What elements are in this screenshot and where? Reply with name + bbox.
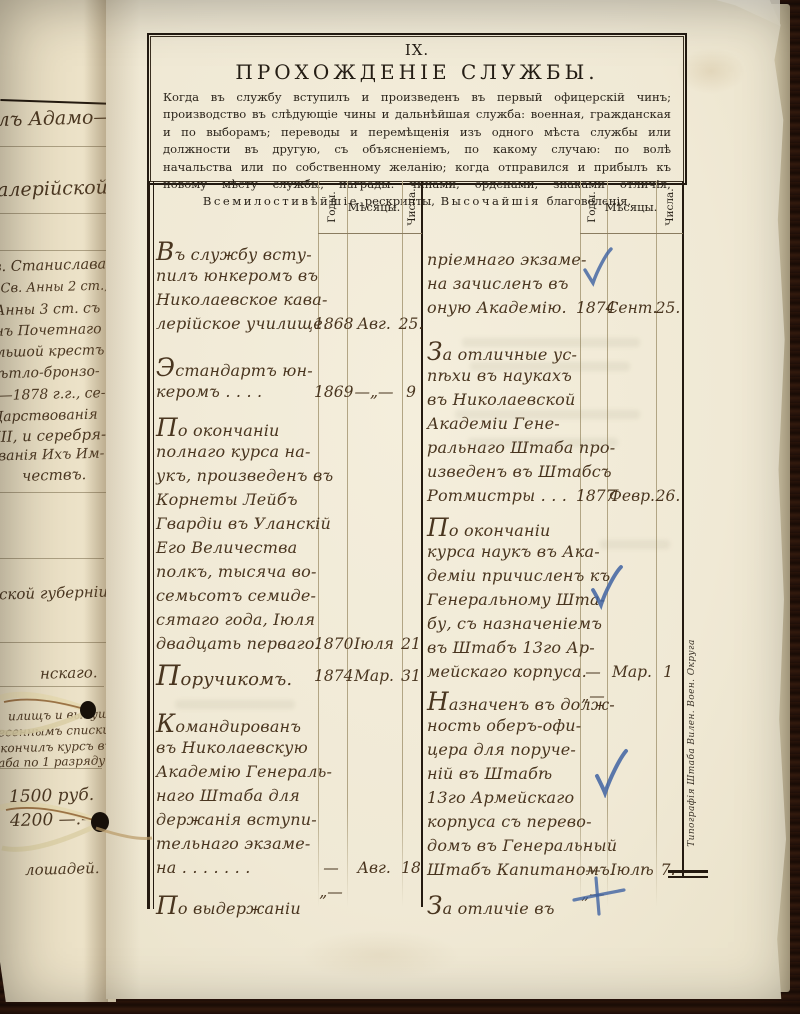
entry-year: 1874 xyxy=(314,664,348,688)
blue-checkmark xyxy=(592,748,630,798)
entry-line: Назначенъ въ долж- xyxy=(427,690,583,714)
entry-line: укъ, произведенъ въ xyxy=(156,464,320,488)
entry-day: 25. xyxy=(398,312,424,336)
entry-year: 1877 xyxy=(576,484,610,508)
entry-line: Академію Генераль- xyxy=(156,760,320,784)
entry-text: По выдержаніи xyxy=(156,894,320,918)
entry-line: ральнаго Штаба про- xyxy=(427,436,583,460)
entry-line: двадцать перваго. xyxy=(156,632,320,656)
ink-bleedthrough xyxy=(600,540,670,549)
blue-cross-mark xyxy=(570,874,628,918)
section-header-box: IX. ПРОХОЖДЕНІЕ СЛУЖБЫ. Когда въ службу … xyxy=(147,33,687,185)
entry-line: Генеральному Шта- xyxy=(427,588,583,612)
page-title: ПРОХОЖДЕНІЕ СЛУЖБЫ. xyxy=(163,60,671,84)
entry-line: сятаго года, Іюля xyxy=(156,608,320,632)
entry-text: За отличные ус- пѣхи въ наукахъ въ Никол… xyxy=(427,340,583,508)
entry-line: держанія вступи- xyxy=(156,808,320,832)
entry-line: домъ въ Генеральный xyxy=(427,834,583,858)
entry-line: тельнаго экзаме- xyxy=(156,832,320,856)
entry-line: Его Величества xyxy=(156,536,320,560)
entry-day: 9 xyxy=(398,380,424,404)
entry-line: мейскаго корпуса. xyxy=(427,660,583,684)
table-right-frame xyxy=(682,181,684,878)
entry-line: Гвардіи въ Уланскій xyxy=(156,512,320,536)
binding-thread xyxy=(0,640,170,900)
ink-bleedthrough xyxy=(175,700,295,709)
entry-day: 1 xyxy=(652,660,684,684)
entry-month: Мар. xyxy=(606,660,658,684)
archival-book-photo: авелъ Адамо— валерійской Св. Станислава … xyxy=(0,0,800,1014)
entry-line: За отличные ус- xyxy=(427,340,583,364)
entry-year: 1869 xyxy=(314,380,348,404)
entry-line: По выдержаніи xyxy=(156,894,320,918)
entry-text: По окончаніи полнаго курса на- укъ, прои… xyxy=(156,416,320,656)
entry-line: керомъ . . . . xyxy=(156,380,320,404)
table-mid-divider xyxy=(421,181,423,907)
entry-day: 26. xyxy=(652,484,684,508)
entry-month: Мар. xyxy=(348,664,400,688)
col-header-years-left: Годы. xyxy=(325,179,339,235)
entry-month: Авг. xyxy=(348,312,400,336)
entry-line: на зачисленъ въ xyxy=(427,272,583,296)
entry-text: Командированъ въ Николаевскую Академію Г… xyxy=(156,712,320,880)
entry-day: 21 xyxy=(398,632,424,656)
entry-text: За отличіе въ xyxy=(427,894,583,918)
description-text: Когда въ службу вступилъ и произведенъ в… xyxy=(163,90,671,191)
entry-line: Штабъ Капитаномъ. xyxy=(427,858,583,882)
entry-text: По окончаніи курса наукъ въ Ака- деміи п… xyxy=(427,516,583,684)
entry-line: корпуса съ перево- xyxy=(427,810,583,834)
col-header-days-right: Числа. xyxy=(663,179,677,235)
entry-line: По окончаніи xyxy=(156,416,320,440)
entry-line: въ Николаевской xyxy=(427,388,583,412)
entry-line: ній въ Штабѣ xyxy=(427,762,583,786)
col-header-months-left: Мѣсяцы. xyxy=(346,200,402,214)
entry-year: —„— xyxy=(576,660,610,684)
entry-day: 7. xyxy=(652,858,684,882)
entry-line: Въ службу всту- xyxy=(156,240,320,264)
entry-year: 1870 xyxy=(314,632,348,656)
entry-text: Поручикомъ. xyxy=(156,664,320,688)
printer-imprint: Типографія Штаба Вилен. Воен. Округа xyxy=(685,585,699,901)
entry-year: 1874 xyxy=(576,296,610,320)
entry-line: бу, съ назначеніемъ xyxy=(427,612,583,636)
entry-line: деміи причисленъ къ xyxy=(427,564,583,588)
entry-text: Эстандартъ юн- керомъ . . . . xyxy=(156,356,320,404)
col-header-months-right: Мѣсяцы. xyxy=(603,200,659,214)
section-number: IX. xyxy=(163,41,671,59)
entry-line: ность оберъ-офи- xyxy=(427,714,583,738)
entry-line: изведенъ въ Штабсъ xyxy=(427,460,583,484)
entry-line: курса наукъ въ Ака- xyxy=(427,540,583,564)
section-header-inner: IX. ПРОХОЖДЕНІЕ СЛУЖБЫ. Когда въ службу … xyxy=(150,36,684,182)
entry-line: 13го Армейскаго xyxy=(427,786,583,810)
entry-line: По окончаніи xyxy=(427,516,583,540)
entry-line: въ Николаевскую xyxy=(156,736,320,760)
entry-line: пилъ юнкеромъ въ xyxy=(156,264,320,288)
entry-line: Корнеты Лейбъ xyxy=(156,488,320,512)
entry-line: на . . . . . . . xyxy=(156,856,320,880)
entry-month: Авг. xyxy=(348,856,400,880)
entry-day: 18 xyxy=(398,856,424,880)
entry-text: Назначенъ въ долж- ность оберъ-офи- цера… xyxy=(427,690,583,882)
entry-text: пріемнаго экзаме- на зачисленъ въ оную А… xyxy=(427,248,583,320)
col-header-days-left: Числа. xyxy=(405,179,419,235)
entry-month: —„— xyxy=(348,380,400,404)
entry-line: пріемнаго экзаме- xyxy=(427,248,583,272)
prev-page-text: чествъ. xyxy=(21,465,86,485)
entry-line: Ротмистры . . . xyxy=(427,484,583,508)
entry-line: Николаевское кава- xyxy=(156,288,320,312)
entry-line: полкъ, тысяча во- xyxy=(156,560,320,584)
entry-day: 25. xyxy=(652,296,684,320)
entry-text: Въ службу всту- пилъ юнкеромъ въ Николае… xyxy=(156,240,320,336)
entry-month: Февр. xyxy=(606,484,658,508)
entry-line: въ Штабъ 13го Ар- xyxy=(427,636,583,660)
entry-line: наго Штаба для xyxy=(156,784,320,808)
entry-year: —„— xyxy=(314,856,348,880)
entry-line: цера для поруче- xyxy=(427,738,583,762)
blue-checkmark xyxy=(588,564,624,610)
entry-line: Академіи Гене- xyxy=(427,412,583,436)
entry-line: Поручикомъ. xyxy=(156,664,320,688)
entry-line: лерійское училище. xyxy=(156,312,320,336)
blue-checkmark xyxy=(580,246,614,288)
column-rule xyxy=(347,181,348,907)
entry-month: Сент. xyxy=(606,296,658,320)
entry-line: полнаго курса на- xyxy=(156,440,320,464)
entry-year: 1868 xyxy=(314,312,348,336)
entry-month: Іюля xyxy=(348,632,400,656)
entry-line: За отличіе въ xyxy=(427,894,583,918)
entry-line: оную Академію. xyxy=(427,296,583,320)
entry-line: семьсотъ семиде- xyxy=(156,584,320,608)
col-header-years-right: Годы. xyxy=(585,179,599,235)
description-text-emphasis: Высочайшія xyxy=(441,194,541,208)
entry-day: 31 xyxy=(398,664,424,688)
entry-line: пѣхи въ наукахъ xyxy=(427,364,583,388)
entry-line: Эстандартъ юн- xyxy=(156,356,320,380)
column-rule xyxy=(402,181,403,907)
entry-line: Командированъ xyxy=(156,712,320,736)
